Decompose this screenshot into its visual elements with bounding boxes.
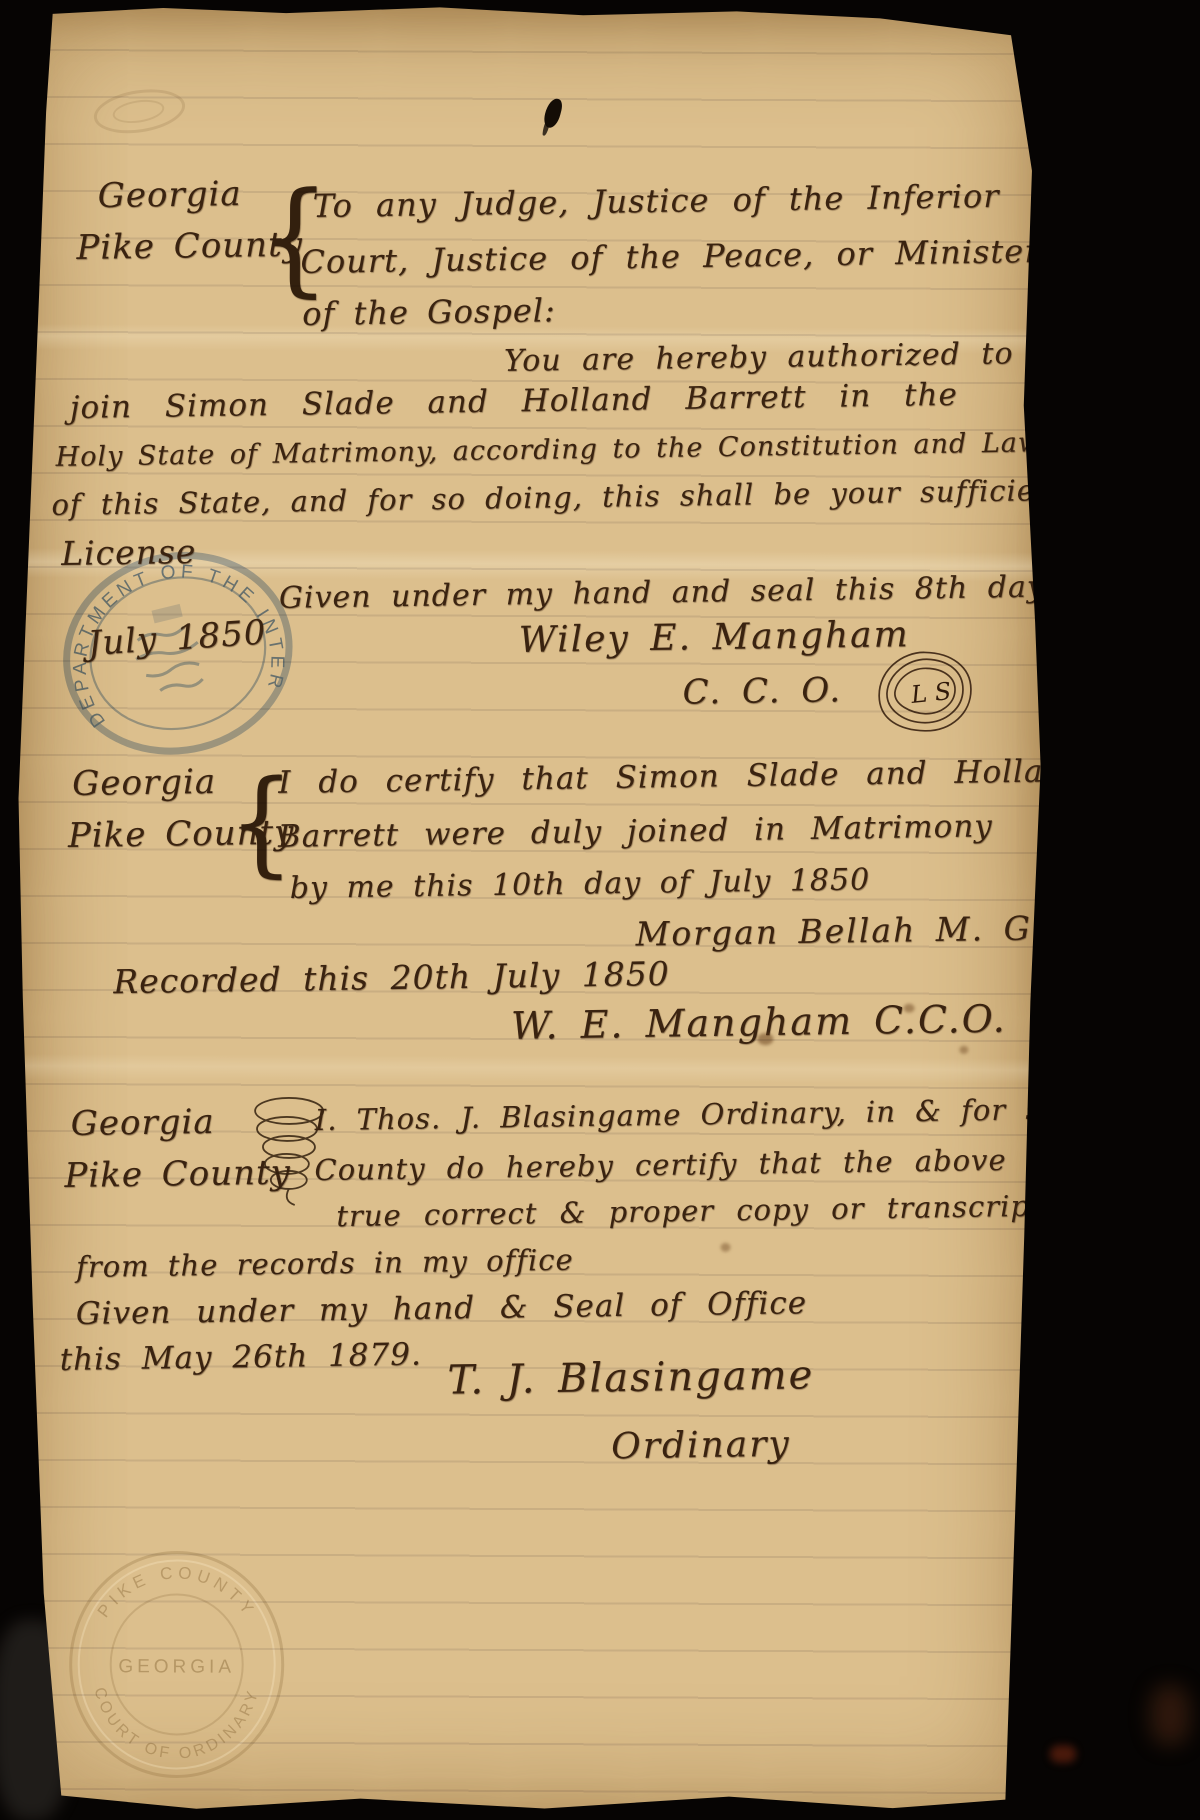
embossed-squiggle-mark [91,84,188,140]
section2-certify-line1: I do certify that Simon Slade and Hollan… [278,753,1086,801]
seal-initials: L S [909,677,953,709]
section1-body-line3: Holy State of Matrimony, according to th… [55,427,1057,473]
foxing-stain-1 [757,1033,773,1045]
svg-text:COURT OF ORDINARY: COURT OF ORDINARY [90,1686,263,1764]
section1-signature-title: C. C. O. [682,670,842,712]
section1-address-line2: Court, Justice of the Peace, or Minister [300,232,1041,281]
section1-address-line3: of the Gospel: [302,291,556,333]
section3-signature: T. J. Blasingame [447,1352,814,1403]
section1-body-line2: join Simon Slade and Holland Barrett in … [70,377,958,426]
foxing-stain-4 [721,1243,731,1252]
photo-stain-1 [1050,1745,1076,1763]
photo-stain-2 [1150,1685,1190,1745]
embossed-court-seal: PIKE COUNTY COURT OF ORDINARY GEORGIA [62,1544,295,1785]
section3-signature-title: Ordinary [611,1424,791,1468]
scribbled-seal: L S [864,638,983,745]
section2-signature: Morgan Bellah M. G. [635,908,1043,953]
seal-arc-bottom: COURT OF ORDINARY [90,1686,263,1764]
foxing-stain-3 [959,1046,968,1054]
foxing-stain-2 [904,1004,915,1013]
section2-certify-line3: by me this 10th day of July 1850 [289,862,870,906]
section3-state-label: Georgia [70,1102,214,1144]
section2-state-label: Georgia [72,762,216,804]
section1-body-line4: of this State, and for so doing, this sh… [51,473,1067,522]
section1-state-label: Georgia [97,174,241,216]
section3-certify-line2: County do hereby certify that the above … [314,1142,1093,1188]
section3-certify-line3: true correct & proper copy or transcript [336,1189,1043,1233]
section3-certify-line4: from the records in my office [76,1243,574,1284]
section2-recorded-line: Recorded this 20th July 1850 [113,954,670,1001]
section1-body-line5: License [61,532,197,573]
document-page: DEPARTMENT OF THE INTERIOR Georgia Pike … [12,4,1044,1814]
section3-attest-line2: this May 26th 1879. [59,1337,422,1378]
section1-body-line1: You are hereby authorized to [504,336,1014,379]
seal-center-text: GEORGIA [118,1656,235,1678]
ink-blot [542,97,564,130]
section1-signature: Wiley E. Mangham [518,614,910,661]
section3-attest-line1: Given under my hand & Seal of Office [76,1285,808,1332]
section2-certify-line2: Barrett were duly joined in Matrimony [278,808,993,855]
section1-address-line1: To any Judge, Justice of the Inferior [312,177,999,225]
section1-attest-line1: Given under my hand and seal this 8th da… [279,569,1096,616]
section3-certify-line1: I. Thos. J. Blasingame Ordinary, in & fo… [314,1092,1089,1137]
